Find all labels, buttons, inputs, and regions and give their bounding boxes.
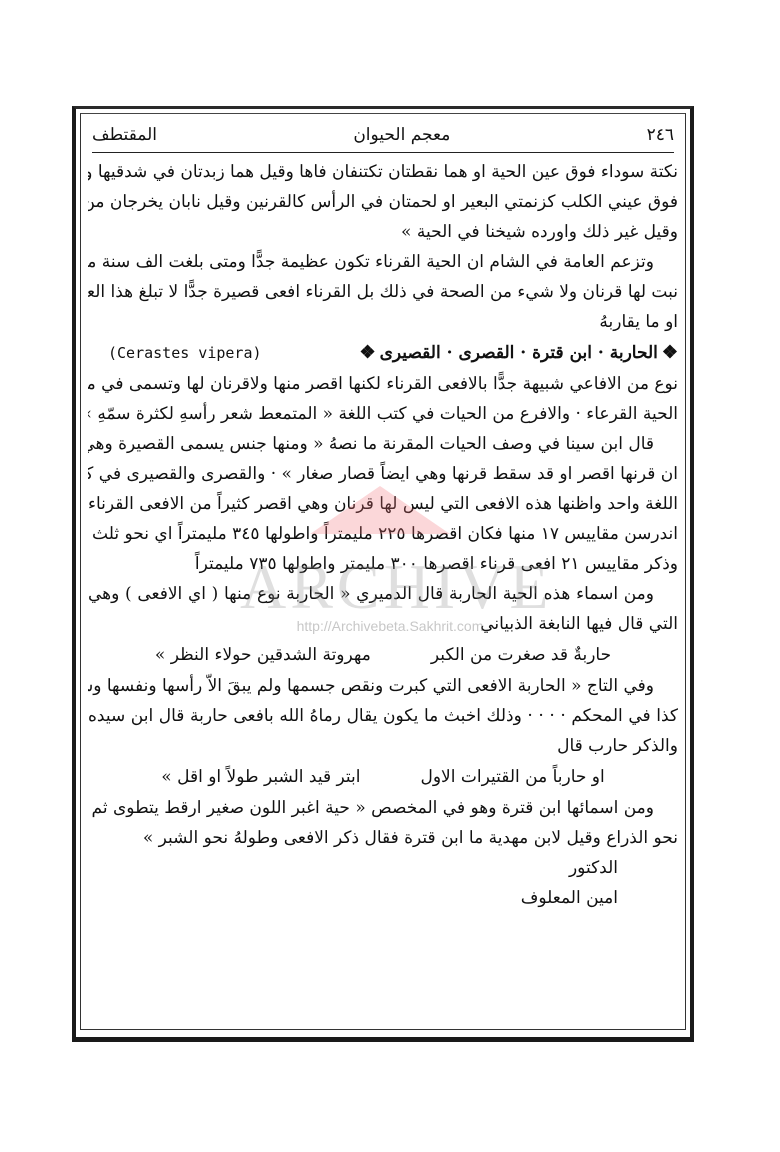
text-line: اندرسن مقاييس ١٧ منها فكان اقصرها ٢٢٥ مل… xyxy=(88,519,678,549)
verse-second-hemistich: مهروتة الشدقين حولاء النظر » xyxy=(155,639,371,671)
text-line: نكتة سوداء فوق عين الحية او هما نقطتان ت… xyxy=(88,157,678,187)
entry-names: الحاربة · ابن قترة · القصرى · القصيرى xyxy=(380,337,658,369)
text-line: وذكر مقاييس ٢١ افعى قرناء اقصرها ٣٠٠ ملي… xyxy=(88,549,678,579)
poetry-verse: حاربةٌ قد صغرت من الكبر مهروتة الشدقين ح… xyxy=(88,639,678,671)
text-line: او ما يقاربهُ xyxy=(88,307,678,337)
paragraph-3: نوع من الافاعي شبيهة جدًّا بالافعى القرن… xyxy=(88,369,678,429)
author-name: امين المعلوف xyxy=(88,883,628,913)
author-title: الدكتور xyxy=(88,853,628,883)
text-line: ان قرنها اقصر او قد سقط قرنها وهي ايضاً … xyxy=(88,459,678,489)
text-line: ومن اسماء هذه الحية الحاربة قال الدميري … xyxy=(88,579,678,609)
text-line: والذكر حارب قال xyxy=(88,731,678,761)
text-line: وفي التاج « الحاربة الافعى التي كبرت ونق… xyxy=(88,671,678,701)
paragraph-1: نكتة سوداء فوق عين الحية او هما نقطتان ت… xyxy=(88,157,678,247)
section-title: معجم الحيوان xyxy=(353,125,450,145)
flower-ornament-icon: ❖ xyxy=(359,337,375,369)
page-content: ٢٤٦ معجم الحيوان المقتطف نكتة سوداء فوق … xyxy=(88,118,678,1018)
verse-second-hemistich: ابتر قيد الشبر طولاً او اقل » xyxy=(161,761,360,793)
text-line: وتزعم العامة في الشام ان الحية القرناء ت… xyxy=(88,247,678,277)
text-line: نبت لها قرنان ولا شيء من الصحة في ذلك بل… xyxy=(88,277,678,307)
text-line: نوع من الافاعي شبيهة جدًّا بالافعى القرن… xyxy=(88,369,678,399)
paragraph-6: وفي التاج « الحاربة الافعى التي كبرت ونق… xyxy=(88,671,678,761)
text-line: الحية القرعاء · والافرع من الحيات في كتب… xyxy=(88,399,678,429)
paragraph-7: ومن اسمائها ابن قترة وهو في المخصص « حية… xyxy=(88,793,678,853)
text-line: ومن اسمائها ابن قترة وهو في المخصص « حية… xyxy=(88,793,678,823)
author-signature: الدكتور امين المعلوف xyxy=(88,853,678,913)
verse-first-hemistich: او حارباً من القتيرات الاول xyxy=(420,761,604,793)
entry-heading: ❖ الحاربة · ابن قترة · القصرى · القصيرى … xyxy=(88,337,678,369)
text-line: فوق عيني الكلب كزنمتي البعير او لحمتان ف… xyxy=(88,187,678,217)
journal-name: المقتطف xyxy=(92,125,157,145)
text-line: قال ابن سينا في وصف الحيات المقرنة ما نص… xyxy=(88,429,678,459)
flower-ornament-icon: ❖ xyxy=(662,337,678,369)
scientific-name: (Cerastes vipera) xyxy=(88,337,262,369)
paragraph-5: ومن اسماء هذه الحية الحاربة قال الدميري … xyxy=(88,579,678,639)
text-line: كذا في المحكم · · · · وذلك اخبث ما يكون … xyxy=(88,701,678,731)
paragraph-4: قال ابن سينا في وصف الحيات المقرنة ما نص… xyxy=(88,429,678,579)
entry-title: ❖ الحاربة · ابن قترة · القصرى · القصيرى … xyxy=(359,337,678,369)
verse-first-hemistich: حاربةٌ قد صغرت من الكبر xyxy=(431,639,611,671)
text-line: وقيل غير ذلك واورده شيخنا في الحية » xyxy=(88,217,678,247)
text-line: التي قال فيها النابغة الذبياني xyxy=(88,609,678,639)
text-line: اللغة واحد واظنها هذه الافعى التي ليس له… xyxy=(88,489,678,519)
text-line: نحو الذراع وقيل لابن مهدية ما ابن قترة ف… xyxy=(88,823,678,853)
poetry-verse: او حارباً من القتيرات الاول ابتر قيد الش… xyxy=(88,761,678,793)
running-header: ٢٤٦ معجم الحيوان المقتطف xyxy=(92,118,674,153)
paragraph-2: وتزعم العامة في الشام ان الحية القرناء ت… xyxy=(88,247,678,337)
page-number: ٢٤٦ xyxy=(647,125,674,145)
